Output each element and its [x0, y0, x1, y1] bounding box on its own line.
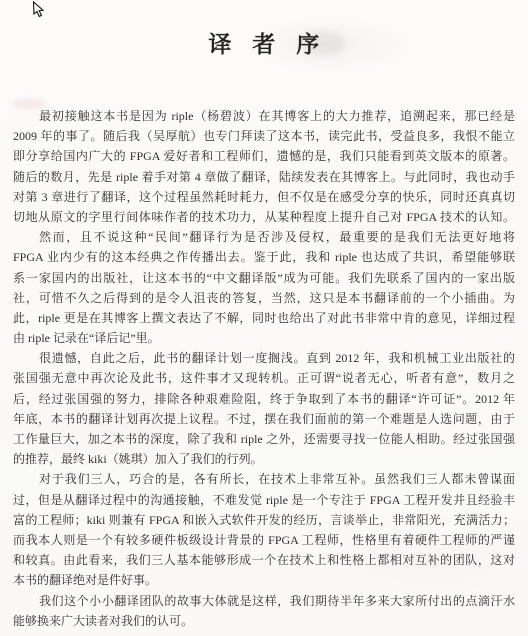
- mouse-pointer-icon: [31, 1, 46, 19]
- text-line: 2009 年的事了。随后我（吴厚航）也专门拜读了这本书，读完此书，受益良多，我恨…: [13, 126, 515, 146]
- text-line: 富的工程师；kiki 则兼有 FPGA 和嵌入式软件开发的经历，言谈举止，非常阳…: [13, 510, 515, 530]
- text-line: 由 riple 记录在“译后记”里。: [13, 328, 515, 348]
- text-line: 后，经过张国强的努力，排除各种艰难险阻，终于争取到了本书的翻译“许可证”。201…: [13, 389, 515, 409]
- scanned-page: 译 者 序 最初接触这本书是因为 riple（杨碧波）在其博客上的大力推荐，追溯…: [0, 0, 528, 636]
- preface-body: 最初接触这本书是因为 riple（杨碧波）在其博客上的大力推荐，追溯起来，那已经…: [13, 106, 515, 631]
- text-line: 对于我们三人，巧合的是，各有所长，在技术上非常互补。虽然我们三人都未曾谋面: [13, 469, 515, 489]
- text-line: 本书的翻译绝对是件好事。: [13, 570, 515, 590]
- text-line: 能够换来广大读者对我们的认可。: [13, 611, 515, 631]
- text-line: 切地从原文的字里行间体味作者的技术功力，从某种程度上提升自己对 FPGA 技术的…: [13, 207, 515, 227]
- text-line: 过，但是从翻译过程中的沟通接触，不难发觉 riple 是一个专注于 FPGA 工…: [13, 490, 515, 510]
- text-line: 然而，且不说这种“民间”翻译行为是否涉及侵权，最重要的是我们无法更好地将: [13, 227, 515, 247]
- text-line: 张国强无意中再次论及此书，这件事才又现转机。正可谓“说者无心，听者有意”，数月之: [13, 368, 515, 388]
- text-line: 社，可惜不久之后得到的是令人沮丧的答复，当然，这只是本书翻译前的一个小插曲。为: [13, 288, 515, 308]
- text-line: FPGA 业内少有的这本经典之作传播出去。鉴于此，我和 riple 也达成了共识…: [13, 247, 515, 267]
- text-line: 而我本人则是一个有较多硬件板级设计背景的 FPGA 工程师，性格里有着硬件工程师…: [13, 530, 515, 550]
- text-line: 此，riple 更是在其博客上撰文表达了不解，同时也给出了对此书非常中肯的意见，…: [13, 308, 515, 328]
- text-line: 随后的数月，先是 riple 着手对第 4 章做了翻译，陆续发表在其博客上。与此…: [13, 167, 515, 187]
- text-line: 和较真。由此看来，我们三人基本能够形成一个在技术上和性格上都相对互补的团队，这对: [13, 550, 515, 570]
- text-line: 的推荐，最终 kiki（姚琪）加入了我们的行列。: [13, 449, 515, 469]
- text-line: 年底，本书的翻译计划再次提上议程。不过，摆在我们面前的第一个难题是人选问题，由于: [13, 409, 515, 429]
- text-line: 即分享给国内广大的 FPGA 爱好者和工程师们，遗憾的是，我们只能看到英文版本的…: [13, 146, 515, 166]
- text-line: 系一家国内的出版社，让这本书的“中文翻译版”成为可能。我们先联系了国内的一家出版: [13, 268, 515, 288]
- text-line: 对第 3 章进行了翻译，这个过程虽然耗时耗力，但不仅是在感受分享的快乐，同时还真…: [13, 187, 515, 207]
- text-line: 我们这个小小翻译团队的故事大体就是这样，我们期待半年多来大家所付出的点滴汗水: [13, 591, 515, 611]
- text-line: 最初接触这本书是因为 riple（杨碧波）在其博客上的大力推荐，追溯起来，那已经…: [13, 106, 515, 126]
- page-title: 译 者 序: [0, 26, 528, 59]
- text-line: 工作量巨大，加之本书的深度，除了我和 riple 之外，还需要寻找一位能人相助。…: [13, 429, 515, 449]
- text-line: 很遗憾，自此之后，此书的翻译计划一度搁浅。直到 2012 年，我和机械工业出版社…: [13, 348, 515, 368]
